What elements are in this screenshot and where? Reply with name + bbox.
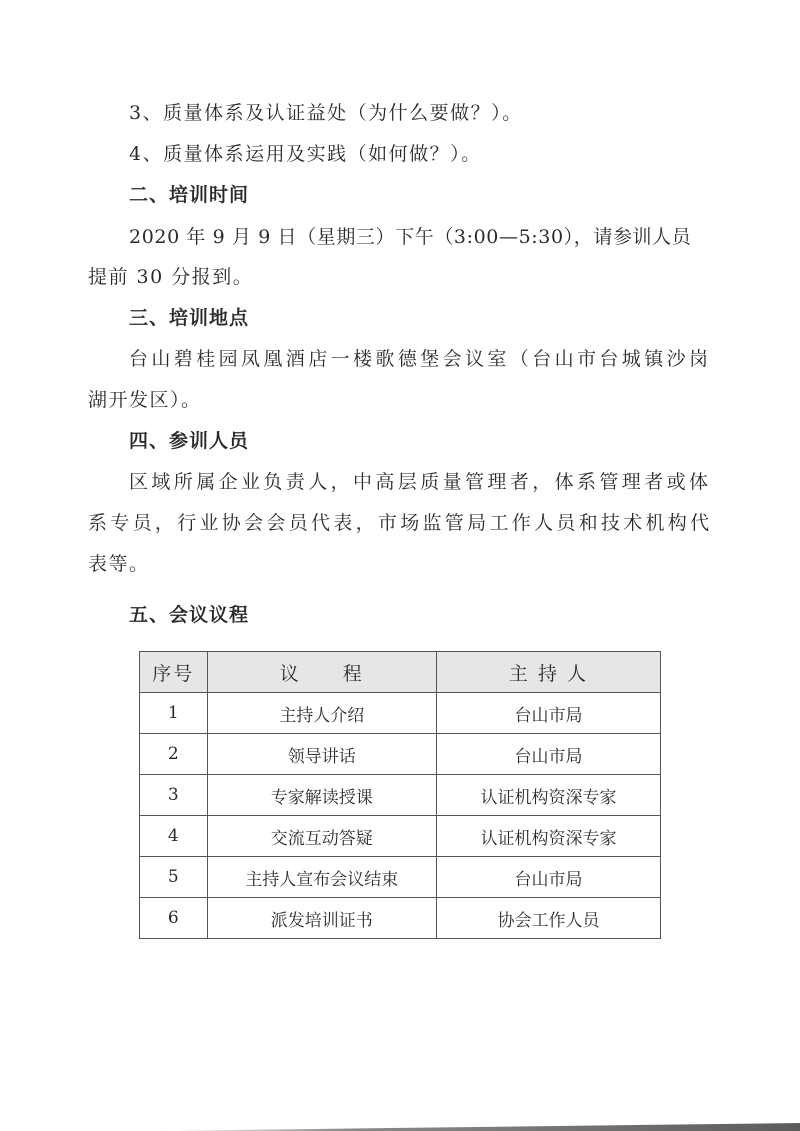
cell-number: 4 [140,816,208,857]
paragraph-training-time-line1: 2020 年 9 月 9 日（星期三）下午（3:00—5:30），请参训人员 [129,225,691,249]
header-host: 主 持 人 [436,652,660,693]
table-row: 5 主持人宣布会议结束 台山市局 [140,857,661,898]
cell-number: 5 [140,857,208,898]
section-heading-agenda: 五、会议议程 [129,603,249,627]
header-number: 序号 [140,652,208,693]
paragraph-location-line2: 湖开发区）。 [88,388,202,412]
cell-agenda-item: 领导讲话 [207,734,436,775]
cell-host: 认证机构资深专家 [436,816,660,857]
cell-host: 台山市局 [436,734,660,775]
list-item-3: 3、质量体系及认证益处（为什么要做？）。 [129,101,523,125]
cell-number: 6 [140,898,208,939]
list-item-4: 4、质量体系运用及实践（如何做？）。 [129,142,482,166]
cell-number: 3 [140,775,208,816]
paragraph-location-line1: 台山碧桂园凤凰酒店一楼歌德堡会议室（台山市台城镇沙岗 [129,347,711,371]
cell-host: 认证机构资深专家 [436,775,660,816]
paragraph-participants-line3: 表等。 [88,552,150,576]
cell-host: 协会工作人员 [436,898,660,939]
agenda-table: 序号 议 程 主 持 人 1 主持人介绍 台山市局 2 领导讲话 台山市局 3 … [139,651,661,939]
cell-host: 台山市局 [436,693,660,734]
cell-number: 2 [140,734,208,775]
section-heading-participants: 四、参训人员 [129,429,249,453]
table-row: 1 主持人介绍 台山市局 [140,693,661,734]
table-row: 4 交流互动答疑 认证机构资深专家 [140,816,661,857]
table-row: 3 专家解读授课 认证机构资深专家 [140,775,661,816]
paragraph-participants-line2: 系专员，行业协会会员代表，市场监管局工作人员和技术机构代 [88,511,712,535]
cell-agenda-item: 交流互动答疑 [207,816,436,857]
header-agenda-item: 议 程 [207,652,436,693]
cell-agenda-item: 主持人宣布会议结束 [207,857,436,898]
paragraph-participants-line1: 区域所属企业负责人，中高层质量管理者，体系管理者或体 [129,470,711,494]
cell-host: 台山市局 [436,857,660,898]
table-row: 6 派发培训证书 协会工作人员 [140,898,661,939]
table-row: 2 领导讲话 台山市局 [140,734,661,775]
cell-agenda-item: 专家解读授课 [207,775,436,816]
paragraph-training-time-line2: 提前 30 分报到。 [88,265,253,289]
section-heading-training-location: 三、培训地点 [129,306,249,330]
section-heading-training-time: 二、培训时间 [129,183,249,207]
table-header-row: 序号 议 程 主 持 人 [140,652,661,693]
scan-shadow-edge [150,1123,800,1131]
cell-number: 1 [140,693,208,734]
cell-agenda-item: 派发培训证书 [207,898,436,939]
cell-agenda-item: 主持人介绍 [207,693,436,734]
